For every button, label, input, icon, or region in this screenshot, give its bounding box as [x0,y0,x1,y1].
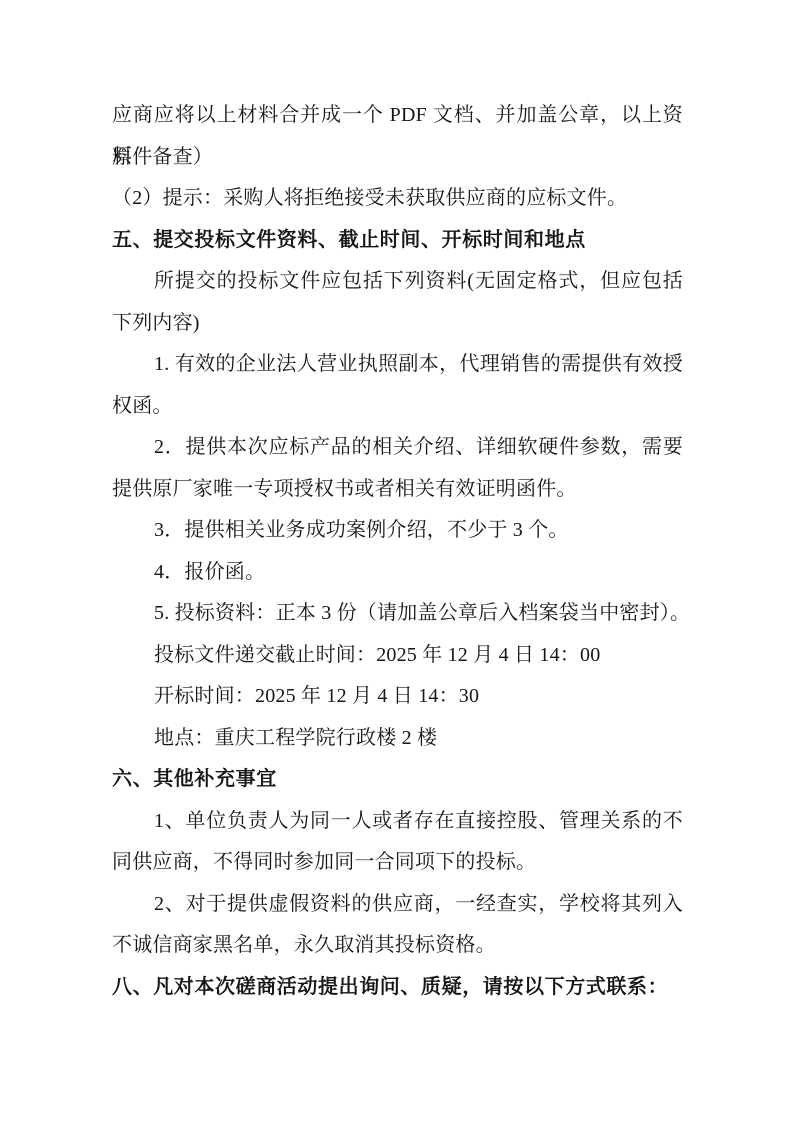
text-line: 开标时间：2025 年 12 月 4 日 14：30 [112,676,683,718]
text-line: 不诚信商家黑名单，永久取消其投标资格。 [112,925,683,967]
document-content: 应商应将以上材料合并成一个 PDF 文档、并加盖公章，以上资料原件备查）（2）提… [112,95,683,1008]
text-line: 提供原厂家唯一专项授权书或者相关有效证明函件。 [112,469,683,511]
text-line: 应商应将以上材料合并成一个 PDF 文档、并加盖公章，以上资料 [112,95,683,137]
text-line: 1、单位负责人为同一人或者存在直接控股、管理关系的不 [112,801,683,843]
text-line: 2、对于提供虚假资料的供应商，一经查实，学校将其列入 [112,884,683,926]
text-line: 1. 有效的企业法人营业执照副本，代理销售的需提供有效授 [112,344,683,386]
text-line: 同供应商，不得同时参加同一合同项下的投标。 [112,842,683,884]
text-line: 下列内容) [112,303,683,345]
text-line: 5. 投标资料：正本 3 份（请加盖公章后入档案袋当中密封）。 [112,593,683,635]
section-heading: 五、提交投标文件资料、截止时间、开标时间和地点 [112,220,683,262]
section-heading: 八、凡对本次磋商活动提出询问、质疑，请按以下方式联系： [112,967,683,1009]
document-page: 应商应将以上材料合并成一个 PDF 文档、并加盖公章，以上资料原件备查）（2）提… [0,0,794,1122]
text-line: 3．提供相关业务成功案例介绍，不少于 3 个。 [112,510,683,552]
section-heading: 六、其他补充事宜 [112,759,683,801]
text-line: 原件备查） [112,137,683,179]
text-line: （2）提示：采购人将拒绝接受未获取供应商的应标文件。 [112,178,683,220]
text-line: 地点：重庆工程学院行政楼 2 楼 [112,718,683,760]
text-line: 所提交的投标文件应包括下列资料(无固定格式，但应包括 [112,261,683,303]
text-line: 投标文件递交截止时间：2025 年 12 月 4 日 14：00 [112,635,683,677]
text-line: 4．报价函。 [112,552,683,594]
text-line: 权函。 [112,386,683,428]
text-line: 2．提供本次应标产品的相关介绍、详细软硬件参数，需要 [112,427,683,469]
